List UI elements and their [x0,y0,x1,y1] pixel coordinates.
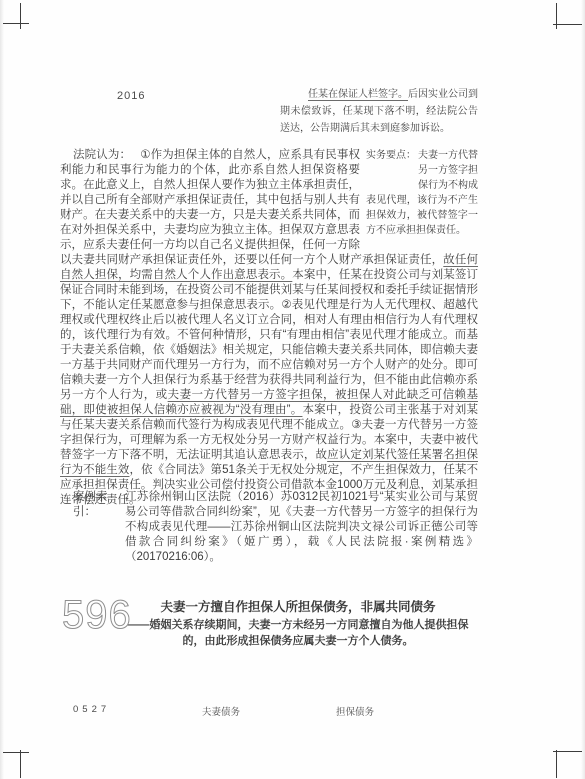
crop-mark-top-right-h [553,24,582,25]
crop-mark-bottom-left-h [3,752,29,753]
crop-mark-top-right-v [556,3,557,29]
case-index-section: 案例索引： 江苏徐州铜山区法院（2016）苏0312民初1021号“某实业公司与… [60,490,478,565]
running-head-left: 夫妻债务 [202,704,240,718]
running-head-right: 担保债务 [336,704,374,718]
case-index-label: 案例索引： [60,490,125,565]
case-title: 夫妻一方擅自作担保人所担保债务，非属共同债务 [118,599,478,616]
scan-edge-shadow-right [581,0,585,779]
case-subtitle: ——婚姻关系存续期间，夫妻一方未经另一方同意擅自为他人提供担保的，由此形成担保债… [118,617,478,649]
crop-mark-top-left-h [3,23,29,24]
body-text: 本案中，任某在投资公司与刘某签订保证合同时未能到场，在投资公司不能提供刘某与任某… [60,269,478,401]
crop-mark-top-left-v [20,3,21,29]
next-case-heading: 596 夫妻一方擅自作担保人所担保债务，非属共同债务 ——婚姻关系存续期间，夫妻… [60,599,478,649]
case-index-text: 江苏徐州铜山区法院（2016）苏0312民初1021号“某实业公司与某贸易公司等… [125,490,478,565]
crop-mark-bottom-right-v [556,750,557,778]
case-number: 596 [62,600,132,630]
document-page: 2016 任某在保证人栏签字。后因实业公司到期未偿致诉，任某现下落不明，经法院公… [0,0,585,779]
key-points-label: 实务要点： [366,148,418,193]
page-footer: 0527 夫妻债务 担保债务 [60,704,478,720]
continuation-fragment-year: 2016 [117,90,145,102]
key-points-callout: 实务要点： 夫妻一方代替另一方签字担保行为不构成表见代理，该行为不产生担保效力，… [366,148,478,248]
scan-edge-shadow-left [0,0,4,779]
court-opinion-label: 法院认为： [73,149,131,161]
crop-mark-bottom-left-v [20,750,21,778]
emphasized-text: 任某在保证人栏签字。 [308,89,408,100]
page-number: 0527 [73,704,110,715]
court-opinion-section: 实务要点： 夫妻一方代替另一方签字担保行为不构成表见代理，该行为不产生担保效力，… [60,148,478,508]
crop-mark-bottom-right-h [553,751,582,752]
case-facts-continuation: 任某在保证人栏签字。后因实业公司到期未偿致诉，任某现下落不明，经法院公告送达，公… [280,86,478,137]
case-heading-text: 夫妻一方擅自作担保人所担保债务，非属共同债务 ——婚姻关系存续期间，夫妻一方未经… [118,599,478,649]
